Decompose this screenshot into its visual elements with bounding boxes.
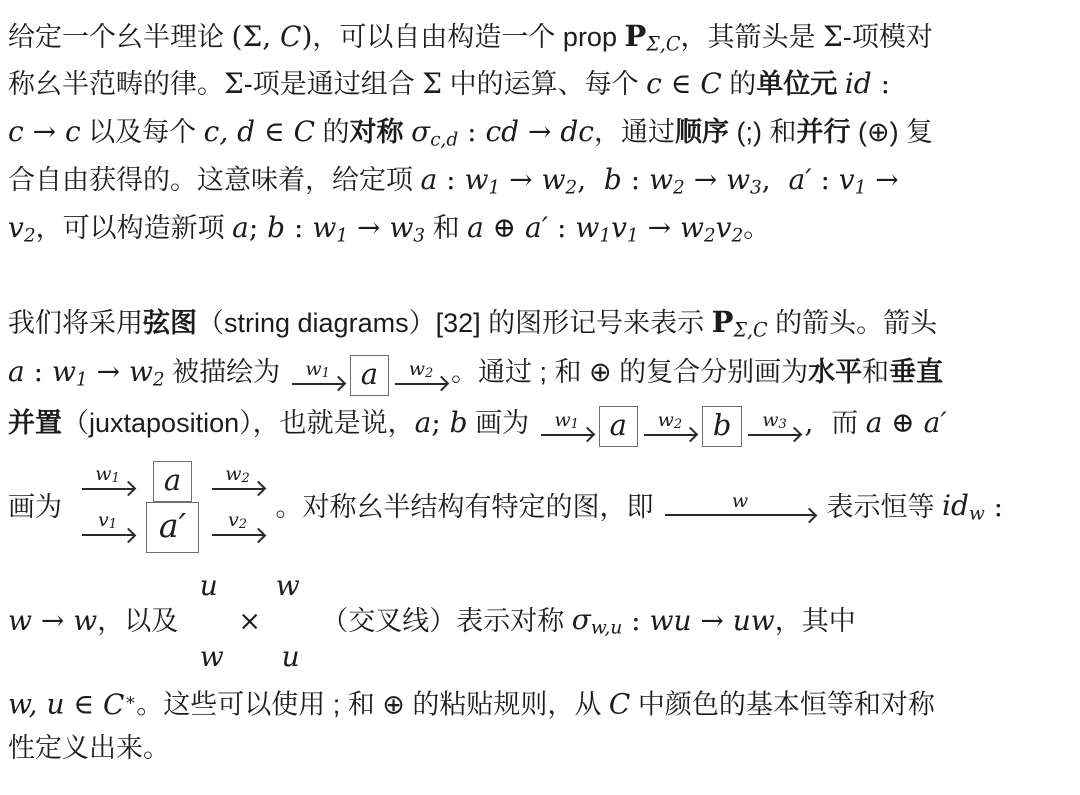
text-line-5: v2，可以构造新项 a; b : w1 → w3 和 a ⊕ a′ : w1v1…	[8, 204, 1074, 252]
math-run: v2	[716, 211, 744, 244]
math-run: v1	[611, 211, 639, 244]
math-run: →	[32, 604, 73, 638]
math-run: :	[548, 211, 575, 244]
text-run: （juxtaposition），也就是说，	[62, 408, 415, 438]
text-run: 合自由获得的。这意味着，给定项	[8, 165, 421, 195]
wire-label: w	[200, 643, 224, 671]
math-run: a	[8, 355, 25, 388]
text-line-9: 画为 w1aw2v1a′v2。对称幺半结构有特定的图，即 w 表示恒等 idw …	[8, 448, 1074, 566]
text-run: 和	[425, 213, 467, 243]
math-run: ;	[249, 211, 267, 244]
math-run: c	[65, 115, 81, 148]
math-run: c	[646, 67, 662, 100]
math-run: ;	[431, 406, 449, 439]
wire-box: a′	[146, 502, 199, 553]
box-wrap: a′	[138, 502, 208, 553]
text-line-10: w → w，以及 uw×wu （交叉线）表示对称 σw,u : wu → uw，…	[8, 566, 1074, 676]
right-arrow-icon	[395, 383, 447, 385]
crossing-lines-icon: ×	[238, 608, 261, 635]
math-subscript: 2	[24, 225, 36, 246]
math-run: ∈	[255, 115, 294, 148]
math-subscript: 1	[336, 225, 348, 246]
bold-term: 单位元	[756, 69, 837, 99]
labeled-arrow: w1	[82, 465, 134, 490]
math-run: ∈	[64, 688, 103, 721]
math-run: :	[622, 604, 649, 638]
math-subscript: 2	[565, 177, 577, 198]
text-run: 表示恒等	[819, 491, 942, 523]
math-subscript: 1	[627, 225, 639, 246]
labeled-arrow: w1	[292, 360, 344, 385]
text-run: 而	[831, 408, 866, 438]
text-run: ，以及	[97, 605, 186, 637]
text-run	[837, 69, 845, 99]
math-run: →	[866, 163, 898, 196]
labeled-arrow: v1	[82, 511, 134, 536]
bold-term: 弦图	[143, 308, 197, 338]
math-run: ⊕	[484, 211, 525, 244]
math-run: C	[700, 67, 721, 100]
text-run: 画为	[8, 491, 70, 523]
math-run: a	[415, 406, 432, 439]
math-run: b	[604, 163, 622, 196]
math-run: idw	[942, 489, 985, 526]
arrow-label-subscript: 1	[322, 366, 330, 381]
math-run: w3	[726, 163, 762, 196]
math-run: :	[872, 67, 890, 100]
text-run: ，其箭头是	[681, 22, 824, 52]
math-run: w1	[52, 355, 88, 388]
right-arrow-icon	[212, 488, 264, 490]
math-subscript: w	[969, 503, 985, 524]
text-run: 和	[862, 357, 889, 387]
text-run: 。通过 ; 和 ⊕ 的复合分别画为	[451, 357, 808, 387]
text-run: 以及每个	[81, 117, 204, 147]
math-subscript: w,u	[591, 617, 622, 638]
math-run: w3	[389, 211, 425, 244]
arrow-label: v1	[82, 511, 134, 531]
math-run: a′	[789, 163, 812, 196]
labeled-arrow: w3	[748, 411, 800, 436]
math-run: w1	[464, 163, 500, 196]
math-run: :	[985, 490, 1003, 524]
diagram-row: w1aw2	[78, 461, 268, 502]
arrow-label-subscript: 1	[109, 517, 117, 532]
diagram-row: v1a′v2	[78, 502, 268, 553]
bold-term: 对称	[350, 117, 404, 147]
text-run: 的	[722, 69, 757, 99]
math-run: :	[285, 211, 312, 244]
math-run: ,	[804, 406, 831, 439]
text-run: 画为	[468, 408, 537, 438]
math-run: w1	[312, 211, 348, 244]
text-run: -项模对	[843, 22, 933, 52]
math-run: a′	[924, 406, 947, 439]
text-run: ，可以自由构造一个 prop	[312, 22, 624, 52]
math-subscript: 1	[599, 225, 611, 246]
arrow-label: v2	[212, 511, 264, 531]
arrow-label-subscript: 2	[239, 517, 247, 532]
labeled-arrow: w2	[644, 411, 696, 436]
math-run: C∗	[103, 688, 136, 721]
math-run: σc,d	[411, 115, 458, 148]
math-subscript: 2	[153, 369, 165, 390]
text-line-12: 性定义出来。	[8, 724, 1074, 772]
math-run: PΣ,C	[624, 19, 680, 53]
text-run: （string diagrams）[32] 的图形记号来表示	[197, 308, 712, 338]
math-run: →	[88, 355, 129, 388]
text-line-2: 称幺半范畴的律。Σ-项是通过组合 Σ 中的运算、每个 c ∈ C 的单位元 id…	[8, 60, 1074, 108]
math-subscript: 2	[704, 225, 716, 246]
text-run	[404, 117, 412, 147]
math-run: b	[267, 211, 285, 244]
document-page: 给定一个幺半理论 (Σ, C)，可以自由构造一个 prop PΣ,C，其箭头是 …	[0, 0, 1080, 772]
math-run: v1	[839, 163, 867, 196]
cross-top-labels: uw	[200, 572, 300, 600]
text-run: 。对称幺半结构有特定的图，即	[276, 491, 662, 523]
math-subscript: 3	[413, 225, 425, 246]
text-run: (;) 和	[729, 117, 797, 147]
text-run: 中颜色的基本恒等和对称	[630, 690, 935, 720]
cross-bottom-labels: wu	[200, 643, 300, 671]
right-arrow-icon	[212, 534, 264, 536]
math-subscript: Σ,C	[646, 33, 680, 56]
math-run: c	[8, 115, 24, 148]
labeled-arrow: v2	[212, 511, 264, 536]
math-run: C	[609, 688, 630, 721]
math-run: a	[421, 163, 438, 196]
right-arrow-icon	[748, 434, 800, 436]
math-run: uw	[733, 604, 775, 638]
math-run: :	[437, 163, 464, 196]
bold-term: 顺序	[675, 117, 729, 147]
math-run: c, d	[204, 115, 255, 148]
text-run: （交叉线）表示对称	[314, 605, 572, 637]
wire-label: w	[276, 572, 300, 600]
math-run: dc	[560, 115, 594, 148]
math-run: Σ	[422, 67, 442, 100]
math-run: w	[73, 604, 97, 638]
math-run: a	[866, 406, 883, 439]
text-run: -项是通过组合	[244, 69, 423, 99]
text-run: 性定义出来。	[8, 733, 170, 763]
text-run: ，通过	[594, 117, 675, 147]
math-subscript: 2	[732, 225, 744, 246]
math-run: C	[280, 20, 301, 53]
arrow-label-subscript: 1	[571, 417, 579, 432]
math-run: w2	[680, 211, 716, 244]
math-run: →	[519, 115, 560, 148]
math-subscript: c,d	[430, 129, 458, 150]
bold-term: 水平	[808, 357, 862, 387]
math-subscript: Σ,C	[733, 319, 767, 342]
text-run: (⊕) 复	[850, 117, 933, 147]
text-line-8: 并置（juxtaposition），也就是说，a; b 画为 w1aw2bw3,…	[8, 397, 1074, 448]
arrow-label-subscript: 2	[242, 471, 250, 486]
bold-term: 并行	[796, 117, 850, 147]
arrow-label-subscript: 3	[778, 417, 786, 432]
math-run: cd	[485, 115, 519, 148]
text-line-6: 我们将采用弦图（string diagrams）[32] 的图形记号来表示 PΣ…	[8, 298, 1074, 346]
arrow-label-subscript: 2	[674, 417, 682, 432]
math-run: ,	[762, 163, 789, 196]
math-run: a′	[525, 211, 548, 244]
text-run: 被描绘为	[165, 357, 288, 387]
math-run: Σ	[224, 67, 244, 100]
text-line-1: 给定一个幺半理论 (Σ, C)，可以自由构造一个 prop PΣ,C，其箭头是 …	[8, 12, 1074, 60]
text-line-7: a : w1 → w2 被描绘为 w1aw2。通过 ; 和 ⊕ 的复合分别画为水…	[8, 346, 1074, 397]
math-run: a	[467, 211, 484, 244]
math-run: w2	[649, 163, 685, 196]
text-run: 给定一个幺半理论	[8, 22, 232, 52]
math-run: :	[458, 115, 485, 148]
right-arrow-icon	[82, 488, 134, 490]
paragraph-gap	[8, 252, 1074, 298]
bold-term: 并置	[8, 408, 62, 438]
arrow-label: w	[665, 492, 815, 511]
math-run: →	[348, 211, 389, 244]
right-arrow-icon	[644, 434, 696, 436]
math-run: :	[812, 163, 839, 196]
math-run: w	[8, 604, 32, 638]
math-run: b	[450, 406, 468, 439]
math-run: :	[622, 163, 649, 196]
text-run: 。	[743, 213, 770, 243]
crossing-diagram: uw×wu	[200, 572, 300, 671]
wire-label: u	[282, 643, 300, 671]
math-run: w, u	[8, 688, 64, 721]
math-run: wu	[649, 604, 691, 638]
math-run: a	[232, 211, 249, 244]
math-run: →	[691, 604, 732, 638]
math-run: C	[294, 115, 315, 148]
math-subscript: 1	[855, 177, 867, 198]
math-run: ,	[577, 163, 604, 196]
math-run: PΣ,C	[712, 305, 768, 339]
text-line-3: c → c 以及每个 c, d ∈ C 的对称 σc,d : cd → dc，通…	[8, 108, 1074, 156]
text-run: 的	[315, 117, 350, 147]
labeled-arrow: w2	[212, 465, 264, 490]
math-subscript: 3	[750, 177, 762, 198]
math-run: w2	[129, 355, 165, 388]
wire-box: b	[702, 406, 743, 447]
math-run: :	[25, 355, 52, 388]
right-arrow-icon	[665, 514, 815, 516]
arrow-label-subscript: 1	[112, 471, 120, 486]
right-arrow-icon	[292, 383, 344, 385]
text-line-11: w, u ∈ C∗。这些可以使用 ; 和 ⊕ 的粘贴规则，从 C 中颜色的基本恒…	[8, 676, 1074, 724]
bold-term: 垂直	[889, 357, 943, 387]
text-run: 称幺半范畴的律。	[8, 69, 224, 99]
text-run: ，其中	[775, 605, 856, 637]
math-run: v2	[8, 211, 36, 244]
text-run: 的箭头。箭头	[768, 308, 938, 338]
math-run: →	[24, 115, 65, 148]
math-run: )	[301, 20, 312, 53]
math-run: →	[639, 211, 680, 244]
text-line-4: 合自由获得的。这意味着，给定项 a : w1 → w2, b : w2 → w3…	[8, 156, 1074, 204]
wire-box: a	[350, 355, 389, 396]
math-run: Σ	[823, 20, 843, 53]
arrow-label-subscript: 2	[425, 366, 433, 381]
math-superscript: ∗	[124, 690, 136, 710]
wire-box: a	[599, 406, 638, 447]
text-run: 。这些可以使用 ; 和 ⊕ 的粘贴规则，从	[136, 690, 609, 720]
math-run: ⊕	[882, 406, 923, 439]
text-run: ，可以构造新项	[36, 213, 233, 243]
box-wrap: a	[138, 461, 208, 502]
math-run: id	[845, 67, 872, 100]
math-run: (Σ,	[232, 20, 281, 53]
right-arrow-icon	[541, 434, 593, 436]
wire-box: a	[153, 461, 192, 502]
labeled-arrow: w2	[395, 360, 447, 385]
math-run: w1	[575, 211, 611, 244]
math-subscript: 2	[673, 177, 685, 198]
right-arrow-icon	[82, 534, 134, 536]
labeled-arrow: w	[665, 492, 815, 516]
math-subscript: 1	[76, 369, 88, 390]
math-run: ∈	[662, 67, 701, 100]
math-run: w2	[541, 163, 577, 196]
text-run: 我们将采用	[8, 308, 143, 338]
labeled-arrow: w1	[541, 411, 593, 436]
math-run: σw,u	[572, 603, 623, 640]
wire-label: u	[200, 572, 218, 600]
stacked-diagram: w1aw2v1a′v2	[78, 461, 268, 554]
text-run: 中的运算、每个	[442, 69, 646, 99]
math-subscript: 1	[488, 177, 500, 198]
math-run: →	[685, 163, 726, 196]
math-run: →	[500, 163, 541, 196]
